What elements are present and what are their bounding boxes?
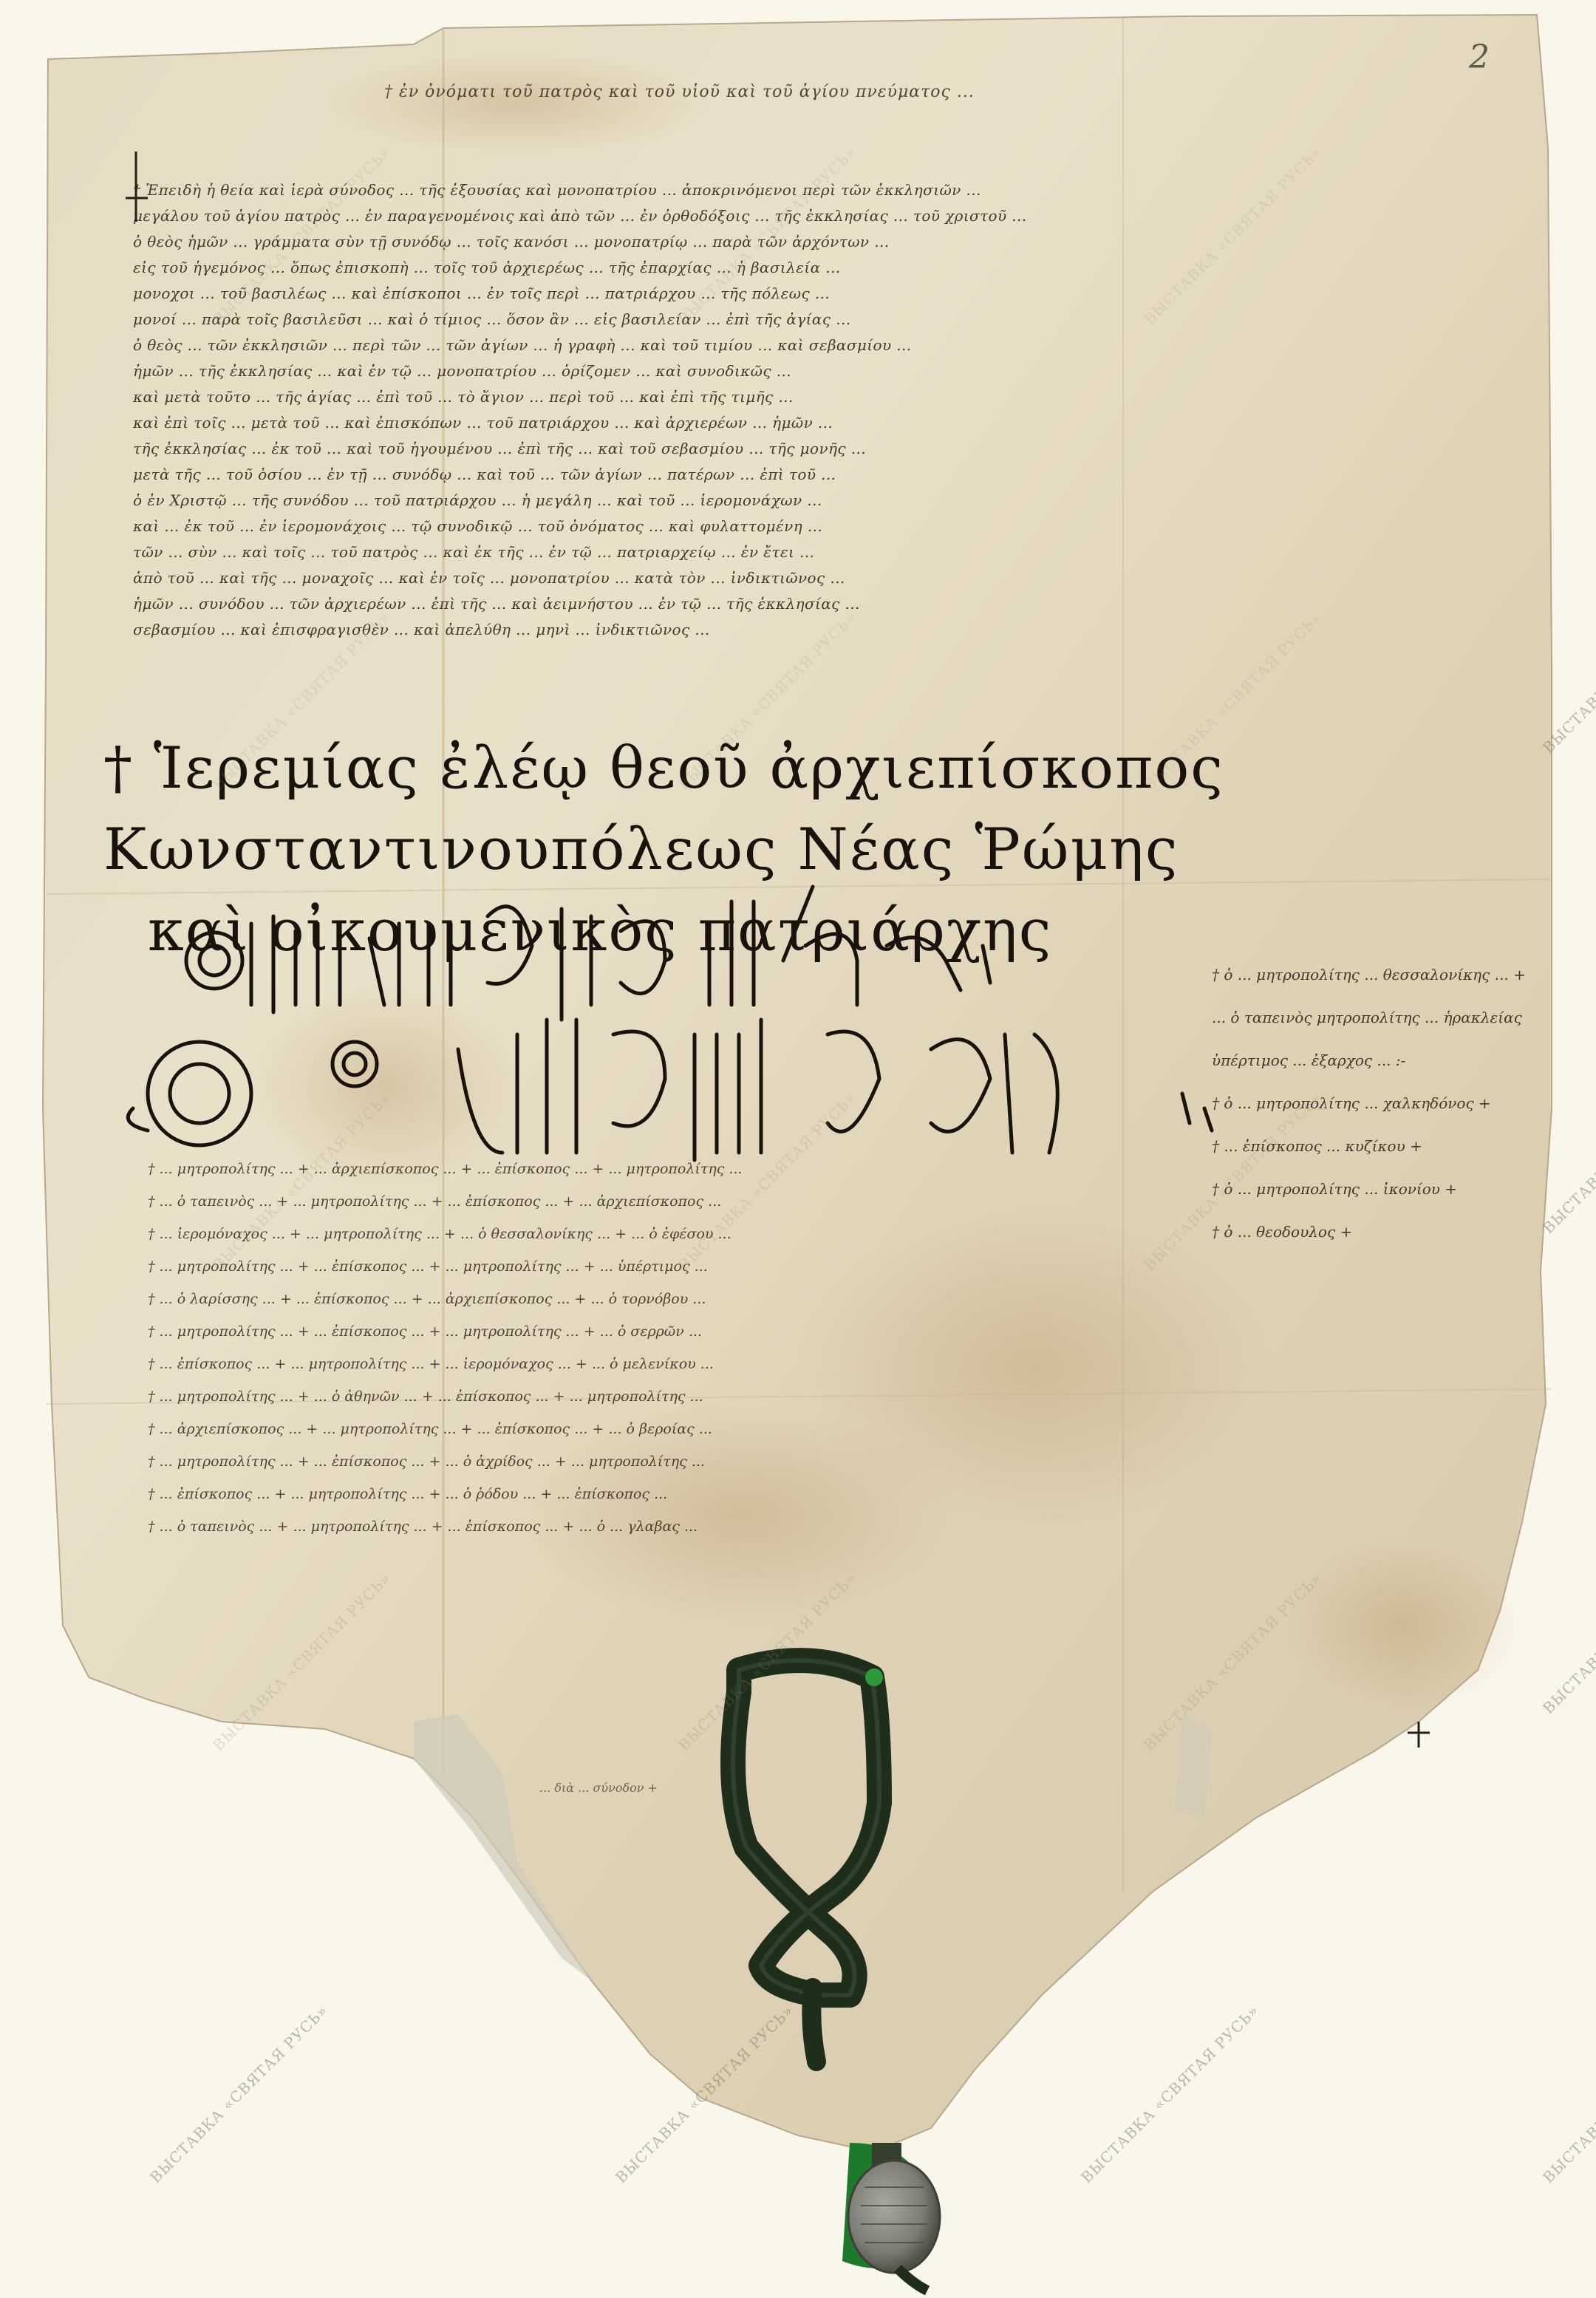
signature-row: † ... μητροπολίτης ... + ... ἐπίσκοπος .… <box>148 1315 1330 1348</box>
signature-row: † ... μητροπολίτης ... + ... ἐπίσκοπος .… <box>148 1445 1330 1478</box>
signature-entry: † ὁ ... μητροπολίτης ... χαλκηδόνος + <box>1212 1082 1522 1125</box>
body-line: μεγάλου τοῦ ἁγίου πατρὸς ... ἐν παραγενο… <box>133 203 1478 229</box>
signature-row: † ... ἱερομόναχος ... + ... μητροπολίτης… <box>148 1218 1330 1250</box>
body-line: ὁ θεὸς ἡμῶν ... γράμματα σὺν τῇ συνόδῳ .… <box>133 229 1478 255</box>
signature-line-1: † Ἱερεμίας ἐλέῳ θεοῦ ἀρχιεπίσκοπος Κωνστ… <box>103 735 1224 883</box>
patriarch-signature: † Ἱερεμίας ἐλέῳ θεοῦ ἀρχιεπίσκοπος Κωνστ… <box>103 728 1596 972</box>
body-line: σεβασμίου ... καὶ ἐπισφραγισθὲν ... καὶ … <box>133 617 1478 643</box>
lead-seal <box>842 2143 940 2291</box>
body-line: καὶ μετὰ τοῦτο ... τῆς ἁγίας ... ἐπὶ τοῦ… <box>133 384 1478 410</box>
body-line: τῶν ... σὺν ... καὶ τοῖς ... τοῦ πατρὸς … <box>133 539 1478 565</box>
body-line: τῆς ἐκκλησίας ... ἐκ τοῦ ... καὶ τοῦ ἡγο… <box>133 436 1478 462</box>
signature-entry: ... ὁ ταπεινὸς μητροπολίτης ... ἡρακλεία… <box>1212 996 1522 1039</box>
body-line: μονοί ... παρὰ τοῖς βασιλεῦσι ... καὶ ὁ … <box>133 307 1478 333</box>
signature-row: † ... μητροπολίτης ... + ... ἐπίσκοπος .… <box>148 1250 1330 1283</box>
signature-row: † ... ἐπίσκοπος ... + ... μητροπολίτης .… <box>148 1348 1330 1380</box>
body-line: † Ἐπειδὴ ἡ θεία καὶ ἱερὰ σύνοδος ... τῆς… <box>133 177 1478 203</box>
signature-entry: ὑπέρτιμος ... ἐξαρχος ... :- <box>1212 1039 1522 1082</box>
invocation-heading: † ἐν ὀνόματι τοῦ πατρὸς καὶ τοῦ υἱοῦ καὶ… <box>384 83 975 101</box>
signature-row: † ... ὁ ταπεινὸς ... + ... μητροπολίτης … <box>148 1510 1330 1543</box>
charter-body: † Ἐπειδὴ ἡ θεία καὶ ἱερὰ σύνοδος ... τῆς… <box>133 177 1478 643</box>
body-line: ἡμῶν ... συνόδου ... τῶν ἀρχιερέων ... ἐ… <box>133 591 1478 617</box>
document-viewer: 2 † ἐν ὀνόματι τοῦ πατρὸς καὶ τοῦ υἱοῦ κ… <box>0 0 1596 2298</box>
signature-row: † ... ὁ ταπεινὸς ... + ... μητροπολίτης … <box>148 1185 1330 1218</box>
signature-row: † ... μητροπολίτης ... + ... ἀρχιεπίσκοπ… <box>148 1153 1330 1185</box>
body-line: μονοχοι ... τοῦ βασιλέως ... καὶ ἐπίσκοπ… <box>133 281 1478 307</box>
page-number: 2 <box>1469 38 1490 76</box>
body-line: εἰς τοῦ ἡγεμόνος ... ὅπως ἐπισκοπὴ ... τ… <box>133 255 1478 281</box>
signature-row: † ... ἐπίσκοπος ... + ... μητροπολίτης .… <box>148 1478 1330 1510</box>
signature-row: † ... ὁ λαρίσσης ... + ... ἐπίσκοπος ...… <box>148 1283 1330 1315</box>
body-line: ὁ θεὸς ... τῶν ἐκκλησιῶν ... περὶ τῶν ..… <box>133 333 1478 358</box>
signature-row: † ... ἀρχιεπίσκοπος ... + ... μητροπολίτ… <box>148 1413 1330 1445</box>
body-line: ἡμῶν ... τῆς ἐκκλησίας ... καὶ ἐν τῷ ...… <box>133 358 1478 384</box>
body-line: καὶ ἐπὶ τοῖς ... μετὰ τοῦ ... καὶ ἐπισκό… <box>133 410 1478 436</box>
hierarch-signature-list: † ... μητροπολίτης ... + ... ἀρχιεπίσκοπ… <box>148 1153 1330 1543</box>
body-line: ὁ ἐν Χριστῷ ... τῆς συνόδου ... τοῦ πατρ… <box>133 488 1478 514</box>
signature-entry: † ὁ ... μητροπολίτης ... θεσσαλονίκης ..… <box>1212 953 1522 996</box>
body-line: μετὰ τῆς ... τοῦ ὁσίου ... ἐν τῇ ... συν… <box>133 462 1478 488</box>
signature-row: † ... μητροπολίτης ... + ... ὁ ἀθηνῶν ..… <box>148 1380 1330 1413</box>
body-line: ἀπὸ τοῦ ... καὶ τῆς ... μοναχοῖς ... καὶ… <box>133 565 1478 591</box>
bottom-note: ... διὰ ... σύνοδον + <box>539 1781 658 1795</box>
body-line: καὶ ... ἐκ τοῦ ... ἐν ἱερομονάχοις ... τ… <box>133 514 1478 539</box>
